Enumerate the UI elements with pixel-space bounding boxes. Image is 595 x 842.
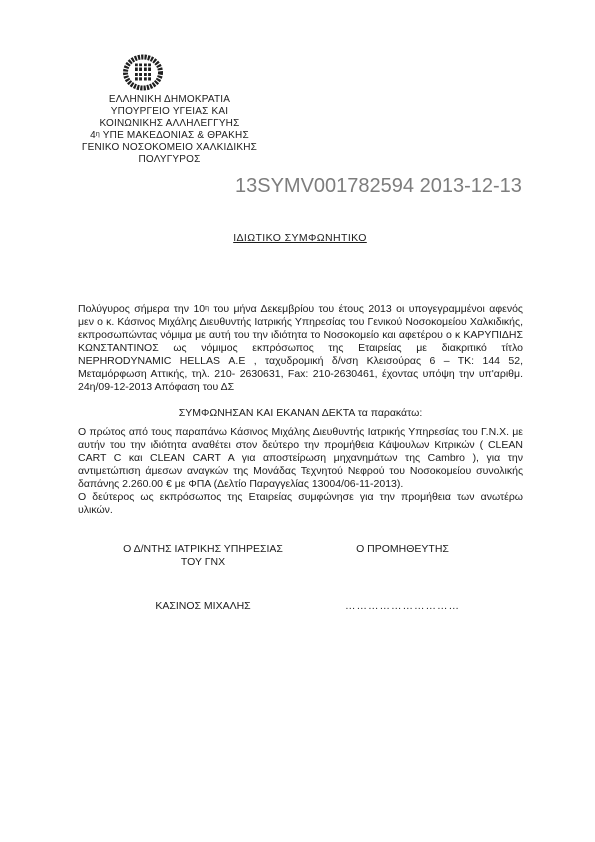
contract-document-page: ΕΛΛΗΝΙΚΗ ΔΗΜΟΚΡΑΤΙΑ ΥΠΟΥΡΓΕΙΟ ΥΓΕΙΑΣ ΚΑΙ… (0, 0, 595, 842)
signature-right-dotted-line: ………………………… (320, 600, 485, 613)
date-superscript: η (205, 305, 209, 312)
header-line-ministry-2: ΚΟΙΝΩΝΙΚΗΣ ΑΛΛΗΛΕΓΓΥΗΣ (62, 118, 277, 130)
header-line-ministry-1: ΥΠΟΥΡΓΕΙΟ ΥΓΕΙΑΣ ΚΑΙ (62, 106, 277, 118)
assignment-paragraph: Ο πρώτος από τους παραπάνω Κάσινος Μιχάλ… (78, 426, 523, 491)
header-line-ype: 4η ΥΠΕ ΜΑΚΕΔΟΝΙΑΣ & ΘΡΑΚΗΣ (62, 130, 277, 142)
header-org-block: ΕΛΛΗΝΙΚΗ ΔΗΜΟΚΡΑΤΙΑ ΥΠΟΥΡΓΕΙΟ ΥΓΕΙΑΣ ΚΑΙ… (62, 94, 277, 166)
signature-right-role: Ο ΠΡΟΜΗΘΕΥΤΗΣ (320, 543, 485, 556)
document-title: ΙΔΙΩΤΙΚΟ ΣΥΜΦΩΝΗΤΙΚΟ (78, 232, 522, 245)
ype-superscript: η (96, 131, 100, 138)
intro-paragraph: Πολύγυρος σήμερα την 10η του μήνα Δεκεμβ… (78, 303, 523, 394)
header-line-city: ΠΟΛΥΓΥΡΟΣ (62, 154, 277, 166)
signature-left-name: ΚΑΣΙΝΟΣ ΜΙΧΑΛΗΣ (78, 600, 328, 613)
supplier-agreement-paragraph: Ο δεύτερος ως εκπρόσωπος της Εταιρείας σ… (78, 491, 523, 517)
signature-left-role: Ο Δ/ΝΤΗΣ ΙΑΤΡΙΚΗΣ ΥΠΗΡΕΣΙΑΣ ΤΟΥ ΓΝΧ (78, 543, 328, 569)
agreement-heading: ΣΥΜΦΩΝΗΣΑΝ ΚΑΙ ΕΚΑΝΑΝ ΔΕΚΤΑ τα παρακάτω: (78, 407, 523, 420)
assignment-section: Ο πρώτος από τους παραπάνω Κάσινος Μιχάλ… (78, 426, 523, 517)
signature-left-role-line2: ΤΟΥ ΓΝΧ (78, 556, 328, 569)
header-line-hospital: ΓΕΝΙΚΟ ΝΟΣΟΚΟΜΕΙΟ ΧΑΛΚΙΔΙΚΗΣ (62, 142, 277, 154)
header-line-republic: ΕΛΛΗΝΙΚΗ ΔΗΜΟΚΡΑΤΙΑ (62, 94, 277, 106)
signature-left-role-line1: Ο Δ/ΝΤΗΣ ΙΑΤΡΙΚΗΣ ΥΠΗΡΕΣΙΑΣ (78, 543, 328, 556)
greek-national-emblem-icon (122, 54, 164, 91)
registry-stamp-number: 13SYMV001782594 2013-12-13 (235, 175, 522, 197)
